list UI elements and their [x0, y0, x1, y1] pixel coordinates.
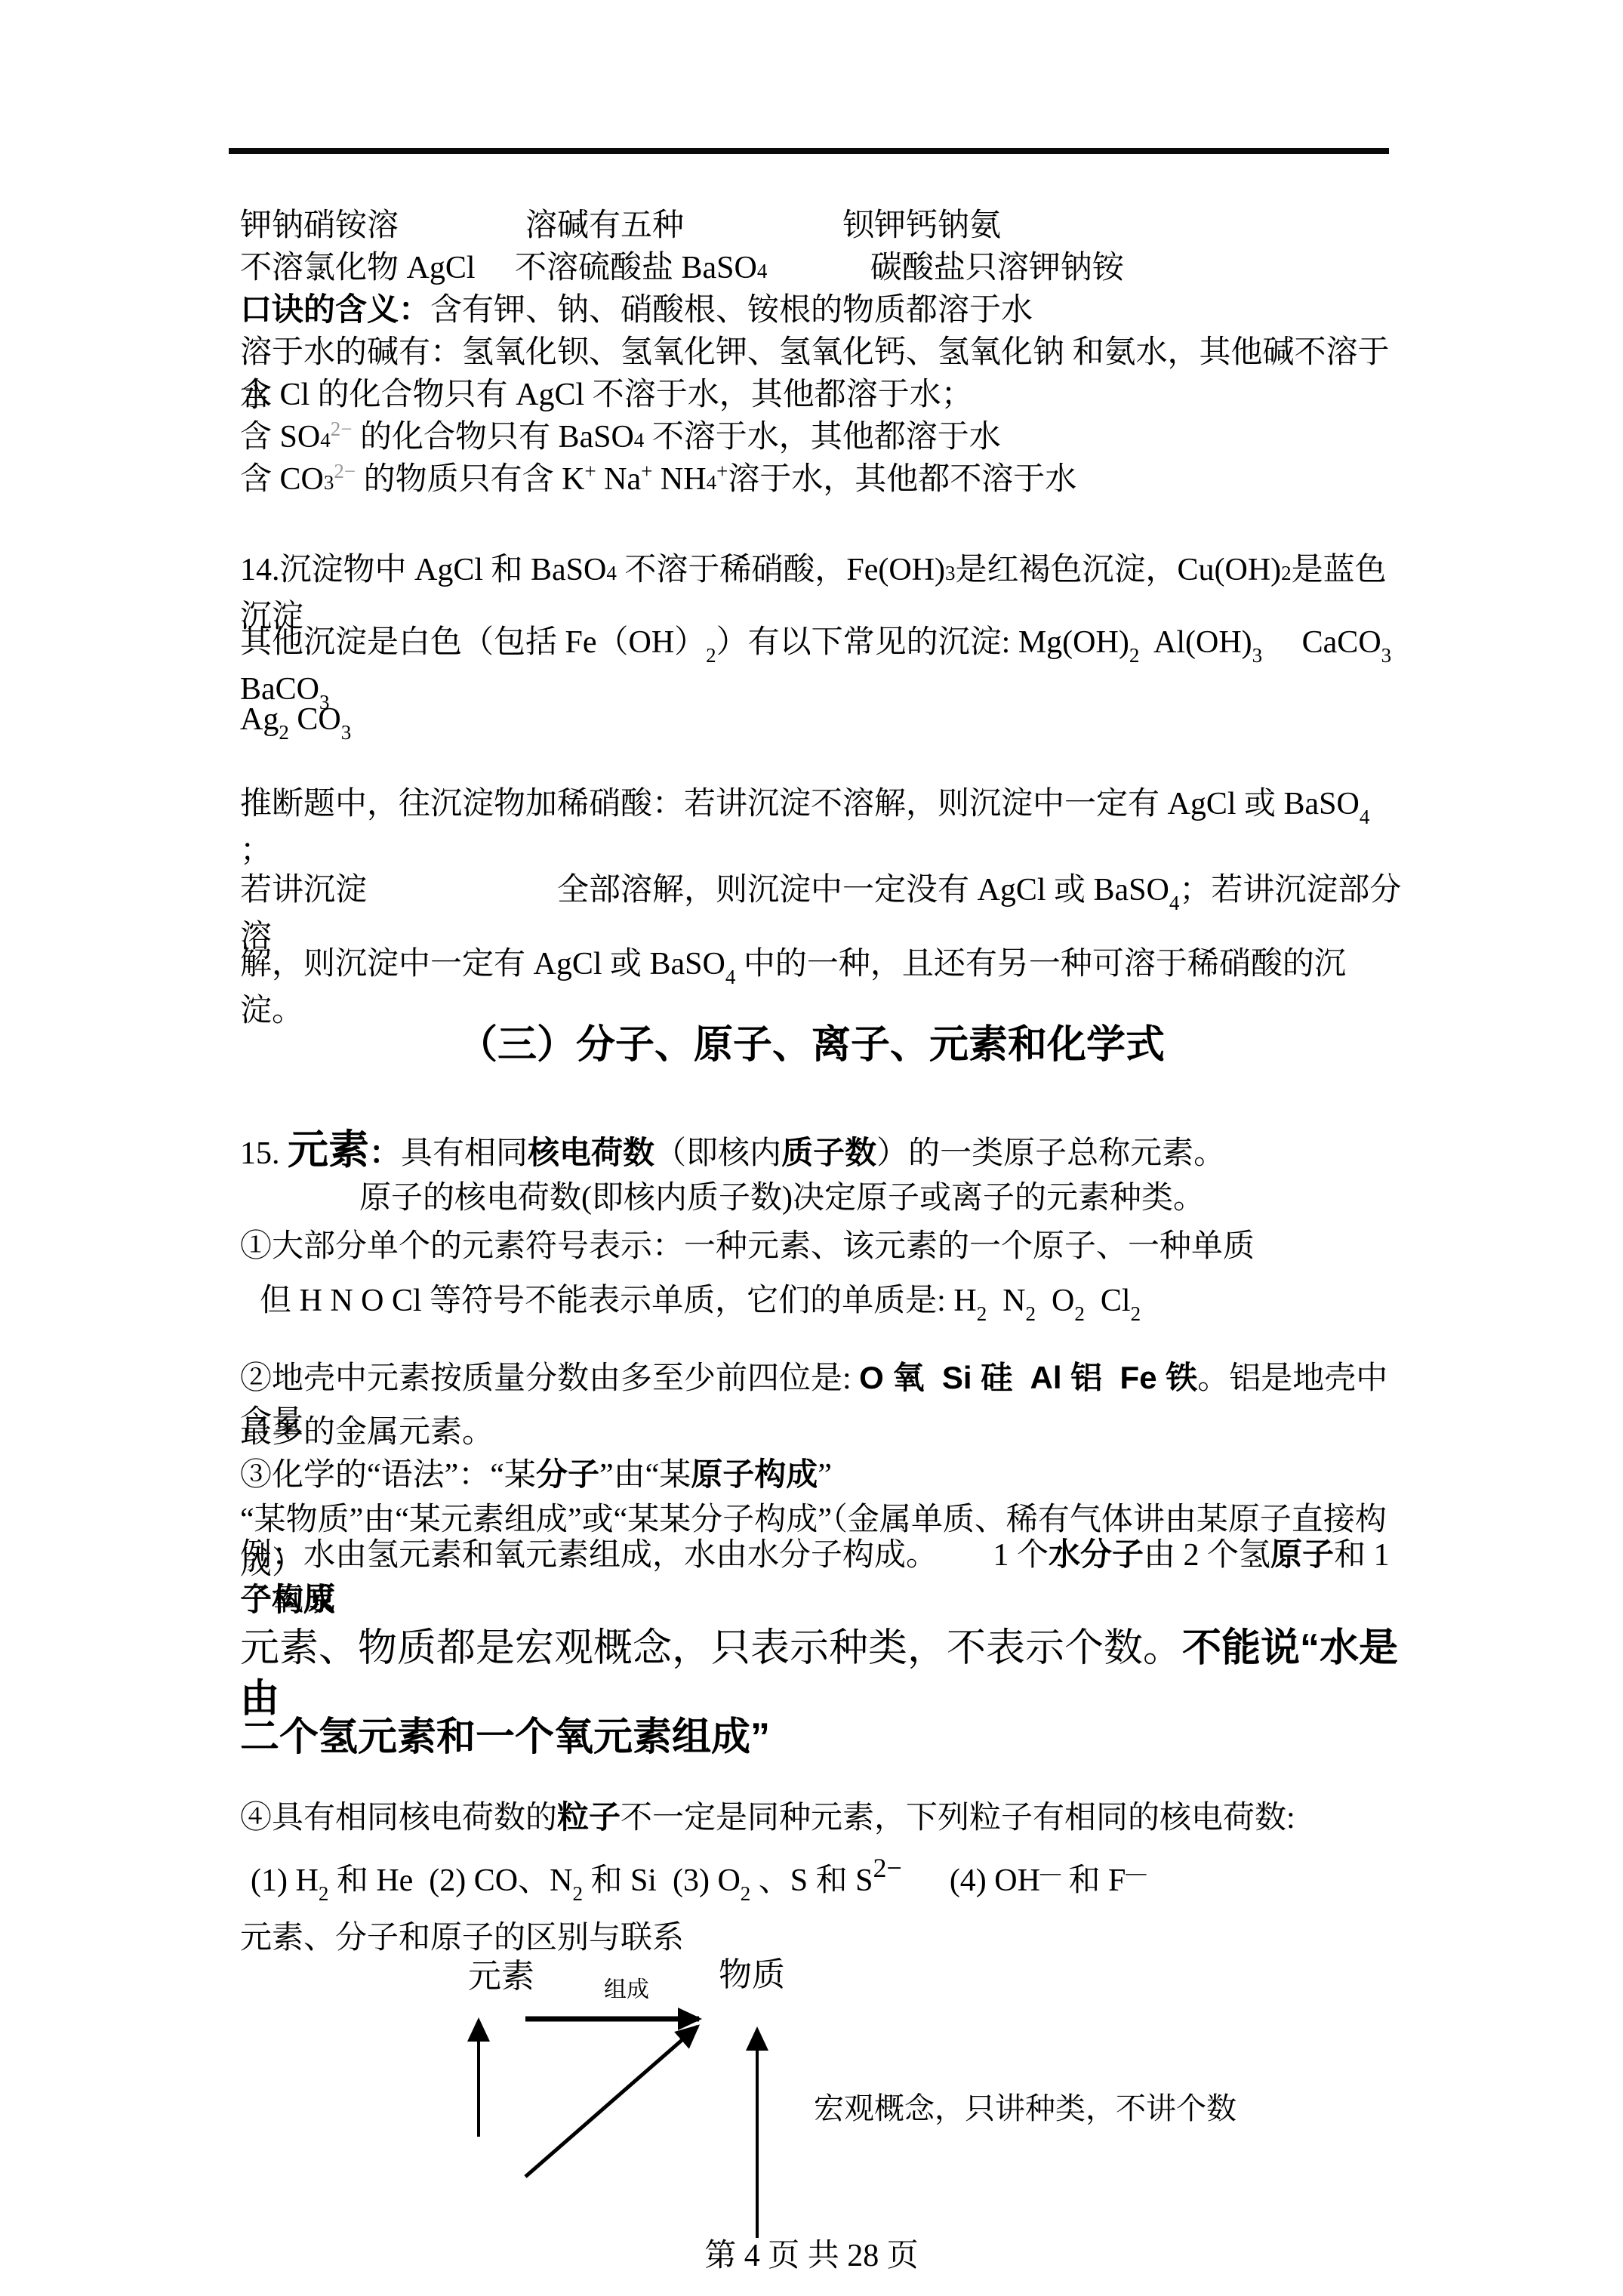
bold-term: 质子数 — [781, 1135, 876, 1170]
inference-line-1: 推断题中，往沉淀物加稀硝酸：若讲沉淀不溶解，则沉淀中一定有 AgCl 或 BaS… — [240, 782, 1406, 873]
text-run: 不一定是同种元素，下列粒子有相同的核电荷数: — [621, 1801, 1295, 1835]
horizontal-rule — [229, 148, 1389, 154]
superscript: — — [1040, 1861, 1061, 1884]
text-run: (1) H — [251, 1863, 319, 1898]
text-run: 15. — [240, 1136, 288, 1171]
text-run: ” — [818, 1458, 832, 1493]
subscript: 3 — [1252, 644, 1263, 667]
subscript: 4 — [606, 562, 617, 584]
text-run: 含 Cl 的化合物只有 AgCl 不溶于水，其他都溶于水； — [240, 378, 973, 412]
relationship-diagram — [423, 1954, 1298, 2250]
rhyme-meaning-line: 口诀的含义：含有钾、钠、硝酸根、铵根的物质都溶于水 — [240, 288, 1406, 332]
superscript: + — [641, 460, 652, 482]
chloride-rule-line: 含 Cl 的化合物只有 AgCl 不溶于水，其他都溶于水； — [240, 373, 1406, 417]
text-run: ③化学的“语法”：“某 — [240, 1458, 536, 1493]
bold-term: 核电荷数 — [528, 1135, 654, 1170]
subscript: 3 — [1381, 644, 1392, 667]
subscript: 2 — [319, 1882, 329, 1905]
subscript: 2 — [1074, 1302, 1085, 1325]
text-run: 的物质只有含 K — [356, 462, 584, 497]
diagonal-arrow — [525, 2026, 698, 2177]
text-run: ①大部分单个的元素符号表示：一种元素、该元素的一个原子、一种单质 — [240, 1229, 1255, 1264]
subscript: 4 — [707, 471, 717, 494]
subscript: 2 — [741, 1882, 751, 1905]
text-run: (4) OH — [902, 1863, 1040, 1898]
text-run: ）有以下常见的沉淀: Mg(OH) — [716, 625, 1129, 660]
text-run: 是红褐色沉淀，Cu(OH) — [956, 553, 1282, 587]
text-run: ： — [369, 1136, 401, 1171]
text-run: 和 He (2) CO、N — [328, 1863, 572, 1898]
sulfate-rule-line: 含 SO42− 的化合物只有 BaSO4 不溶于水，其他都溶于水 — [240, 415, 1406, 462]
text-run: 若讲沉淀 全部溶解，则沉淀中一定没有 AgCl 或 BaSO — [240, 873, 1169, 908]
subscript: 2 — [977, 1302, 987, 1325]
text-run: O — [1036, 1284, 1074, 1318]
text-run: Cl — [1085, 1284, 1131, 1318]
text-run: 钾钠硝铵溶 溶碱有五种 钡钾钙钠氨 — [240, 208, 1001, 243]
subscript: 4 — [1360, 806, 1370, 828]
text-run: 元素、物质都是宏观概念，只表示种类，不表示个数。 — [240, 1627, 1182, 1670]
subscript: 2 — [572, 1882, 583, 1905]
text-run: 的化合物只有 BaSO — [352, 420, 633, 455]
text-run: 其他沉淀是白色（包括 Fe（OH） — [240, 625, 706, 660]
bold-term: 子构成 — [240, 1582, 335, 1617]
subscript: 3 — [341, 721, 352, 744]
example-cont-line: 子构成 — [240, 1578, 1406, 1623]
bold-term: 原子 — [1270, 1536, 1334, 1572]
point3-line: ③化学的“语法”：“某分子”由“某原子构成” — [240, 1453, 1406, 1497]
point1-line: ①大部分单个的元素符号表示：一种元素、该元素的一个原子、一种单质 — [240, 1225, 1406, 1268]
text-run: 原子的核电荷数(即核内质子数)决定原子或离子的元素种类。 — [359, 1181, 1205, 1216]
item14-line-3: Ag2 CO3 — [240, 698, 1406, 744]
section-heading: （三）分子、原子、离子、元素和化学式 — [0, 1021, 1623, 1069]
text-run: CO — [289, 702, 341, 737]
point4-line: ④具有相同核电荷数的粒子不一定是同种元素，下列粒子有相同的核电荷数: — [240, 1795, 1406, 1840]
text-run: 和 F — [1061, 1863, 1126, 1898]
subscript: 4 — [1169, 892, 1180, 914]
text-run: 例：水由氢元素和氧元素组成，水由水分子构成。 1 个 — [240, 1538, 1049, 1573]
text-run: Na — [596, 462, 641, 497]
subscript: 3 — [945, 562, 956, 584]
superscript: 2− — [334, 460, 356, 482]
inference-line-3: 解，则沉淀中一定有 AgCl 或 BaSO4 中的一种，且还有另一种可溶于稀硝酸… — [240, 942, 1406, 1033]
text-run: 不溶于水，其他都溶于水 — [644, 420, 1001, 455]
heading-text: （三）分子、原子、离子、元素和化学式 — [458, 1023, 1165, 1067]
subscript: 4 — [320, 429, 331, 451]
nuclear-charge-line: 原子的核电荷数(即核内质子数)决定原子或离子的元素种类。 — [359, 1176, 1526, 1220]
element-term: 元素 — [288, 1127, 369, 1173]
bold-term: 原子构成 — [691, 1456, 818, 1492]
bold-term: 水分子 — [1049, 1536, 1144, 1572]
text-run: 由 2 个氢 — [1144, 1538, 1270, 1573]
particles-examples-line: (1) H2 和 He (2) CO、N2 和 Si (3) O2 、S 和 S… — [251, 1859, 1417, 1906]
subscript: 2 — [1129, 644, 1140, 667]
text-run: 解，则沉淀中一定有 AgCl 或 BaSO — [240, 947, 725, 982]
text-run: 元素、分子和原子的区别与联系 — [240, 1921, 684, 1955]
text-run: ④具有相同核电荷数的 — [240, 1801, 557, 1835]
subscript: 4 — [757, 260, 768, 282]
bold-term: O 氧 Si 硅 Al 铝 Fe 铁 — [859, 1360, 1197, 1395]
subscript: 2 — [1026, 1302, 1036, 1325]
text-run: 含 SO — [240, 420, 320, 455]
point2-cont-line: 最多的金属元素。 — [240, 1410, 1406, 1454]
subscript: 2 — [1281, 562, 1292, 584]
page-number-text: 第 4 页 共 28 页 — [704, 2239, 919, 2273]
bold-term: 分子 — [536, 1456, 599, 1492]
bold-term: 二个氢元素和一个氧元素组成” — [240, 1715, 770, 1759]
subscript: 3 — [324, 471, 334, 494]
page-footer: 第 4 页 共 28 页 — [0, 2235, 1623, 2277]
text-run: 含有钾、钠、硝酸根、铵根的物质都溶于水 — [430, 293, 1033, 328]
text-run: 但 H N O Cl 等符号不能表示单质，它们的单质是: H — [260, 1284, 977, 1318]
superscript: 2− — [873, 1853, 902, 1883]
rhyme-line-2: 不溶氯化物 AgCl 不溶硫酸盐 BaSO4 碳酸盐只溶钾钠铵 — [240, 246, 1406, 293]
text-run: 含 CO — [240, 462, 324, 497]
superscript: 2− — [331, 418, 353, 440]
text-run: 不溶于稀硝酸，Fe(OH) — [617, 553, 945, 587]
hnocl-line: 但 H N O Cl 等符号不能表示单质，它们的单质是: H2 N2 O2 Cl… — [260, 1279, 1426, 1326]
superscript: — — [1126, 1861, 1146, 1884]
macro-concept-line: 元素、物质都是宏观概念，只表示种类，不表示个数。不能说“水是由 — [240, 1623, 1406, 1724]
text-run: Ag — [240, 702, 279, 737]
text-run: ”由“某 — [599, 1458, 691, 1493]
subscript: 4 — [634, 429, 645, 451]
text-run: Al(OH) — [1139, 625, 1252, 660]
macro-concept-cont-line: 二个氢元素和一个氧元素组成” — [240, 1712, 1406, 1763]
text-run: CaCO — [1262, 625, 1381, 660]
text-run: 最多的金属元素。 — [240, 1415, 494, 1450]
subscript: 2 — [279, 721, 289, 744]
subscript: 2 — [706, 644, 716, 667]
item15-definition-line: 15. 元素：具有相同核电荷数（即核内质子数）的一类原子总称元素。 — [240, 1125, 1406, 1179]
subscript: 2 — [1131, 1302, 1141, 1325]
bold-term: 粒子 — [557, 1799, 621, 1835]
text-run: 和 Si (3) O — [583, 1863, 741, 1898]
rhyme-line-1: 钾钠硝铵溶 溶碱有五种 钡钾钙钠氨 — [240, 204, 1406, 248]
text-run: ②地壳中元素按质量分数由多至少前四位是: — [240, 1361, 859, 1396]
text-run: 、S 和 S — [750, 1863, 873, 1898]
carbonate-rule-line: 含 CO32− 的物质只有含 K+ Na+ NH4+溶于水，其他都不溶于水 — [240, 458, 1406, 504]
text-run: （即核内 — [654, 1136, 781, 1171]
text-run: N — [987, 1284, 1025, 1318]
text-run: NH — [652, 462, 706, 497]
text-run: ）的一类原子总称元素。 — [876, 1136, 1225, 1171]
text-run: 碳酸盐只溶钾钠铵 — [767, 251, 1124, 285]
bold-term: 口诀的含义： — [240, 293, 430, 328]
document-page: 钾钠硝铵溶 溶碱有五种 钡钾钙钠氨 不溶氯化物 AgCl 不溶硫酸盐 BaSO4… — [0, 0, 1623, 2296]
text-run: 不溶氯化物 AgCl 不溶硫酸盐 BaSO — [240, 251, 757, 285]
text-run: 溶于水，其他都不溶于水 — [728, 462, 1076, 497]
text-run: 14.沉淀物中 AgCl 和 BaSO — [240, 553, 606, 587]
text-run: 推断题中，往沉淀物加稀硝酸：若讲沉淀不溶解，则沉淀中一定有 AgCl 或 BaS… — [240, 787, 1360, 821]
superscript: + — [716, 460, 728, 482]
text-run: 具有相同 — [401, 1136, 528, 1171]
subscript: 4 — [725, 966, 736, 988]
superscript: + — [584, 460, 596, 482]
